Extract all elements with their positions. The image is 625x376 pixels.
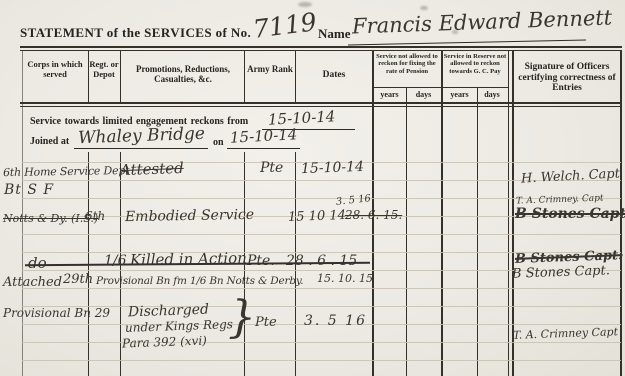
officer-signature-struck: B Stones Capt xyxy=(515,207,625,221)
col-header-rank: Army Rank xyxy=(246,64,294,74)
scan-noise xyxy=(420,6,428,10)
entry-corps: 6th Home Service Dept xyxy=(3,165,130,178)
col-line-regt-prom-h xyxy=(120,50,121,102)
brace-glyph: } xyxy=(228,296,256,340)
officer-signature: H. Welch. Capt xyxy=(521,167,620,185)
col-header-dates: Dates xyxy=(297,70,371,81)
col-header-promotions: Promotions, Reductions, Casualties, &c. xyxy=(124,64,242,84)
entry-date-from: 15 10 14 xyxy=(288,209,346,224)
header-bottom-rule-2 xyxy=(20,106,622,107)
entry-corps: Notts & Dy. (I.S.) xyxy=(3,213,98,224)
entry-corps: Provisional Bn 29 xyxy=(3,307,110,319)
pension-subrule xyxy=(373,87,441,88)
ruled-line xyxy=(22,234,621,235)
engagement-date: 15-10-14 xyxy=(268,109,336,128)
col-line-prom-rank-h xyxy=(244,50,245,102)
entry-rank: Pte xyxy=(260,161,283,175)
scan-noise xyxy=(298,2,312,7)
entry-corps: Attached xyxy=(3,276,62,289)
ruled-line xyxy=(22,342,621,343)
officer-signature: T. A. Crimney Capt xyxy=(513,326,618,341)
col-header-signature: Signature of Officers certifying correct… xyxy=(515,62,619,94)
page-title: STATEMENT of the SERVICES of No. xyxy=(20,26,251,41)
joined-on-date: 15-10-14 xyxy=(230,127,298,146)
joined-place-underline xyxy=(74,148,208,149)
service-number: 7119 xyxy=(252,9,318,42)
name-underline xyxy=(348,40,586,46)
entry-rank: Pte. xyxy=(247,254,275,268)
entry-regt: 1/6 xyxy=(104,254,127,268)
col-header-regt: Regt. or Depot xyxy=(89,60,119,79)
entry-rank: Pte xyxy=(255,316,277,329)
table-top-rule xyxy=(20,46,622,48)
entry-promotion: Attested xyxy=(120,161,184,178)
joined-on-label: on xyxy=(213,137,224,148)
officer-signature: T. A. Crimney. Capt xyxy=(516,194,604,206)
col-line-rank-dates-h xyxy=(295,50,296,102)
ruled-line xyxy=(22,360,621,361)
entry-date: 3. 5 16 xyxy=(304,314,367,328)
header-bottom-rule xyxy=(20,102,622,104)
joined-at-place: Whaley Bridge xyxy=(78,126,205,147)
col-line-signature-inner xyxy=(512,50,514,376)
joined-at-label: Joined at xyxy=(30,136,69,147)
officer-signature: B Stones Capt. xyxy=(512,264,610,280)
entry-date: 15-10-14 xyxy=(301,160,364,176)
col-header-pension-years: years xyxy=(373,91,406,100)
col-line-reserve-signature xyxy=(508,50,509,376)
col-header-reserve-years: years xyxy=(443,91,476,100)
col-header-reserve-days: days xyxy=(477,91,507,100)
name-value: Francis Edward Bennett xyxy=(352,7,613,37)
col-header-pension: Service not allowed to reckon for fixing… xyxy=(374,53,440,75)
col-header-corps: Corps in which served xyxy=(24,60,86,79)
entry-promotion-line1: Discharged xyxy=(128,303,209,320)
ruled-line xyxy=(22,306,621,307)
entry-promotion: Killed in Action xyxy=(130,251,247,268)
table-top-rule-2 xyxy=(20,50,622,51)
entry-promotion-line3: Para 392 (xvi) xyxy=(122,335,207,350)
col-header-pension-days: days xyxy=(407,91,440,100)
col-line-reserve-years-days xyxy=(477,88,478,376)
col-line-pension-years-days xyxy=(406,88,407,376)
ruled-line xyxy=(22,288,621,289)
service-record-scan: STATEMENT of the SERVICES of No. 7119 Na… xyxy=(0,0,625,376)
joined-date-underline xyxy=(227,148,300,149)
entry-date-to-struck: 28. 6. 15. xyxy=(345,209,402,221)
entry-promotion: Embodied Service xyxy=(125,208,254,224)
entry-date: 15. 10. 15 xyxy=(317,273,373,284)
reserve-subrule xyxy=(443,87,508,88)
col-header-reserve: Service in Reserve not allowed to reckon… xyxy=(443,53,507,75)
date-correction: 3. 5 16 xyxy=(336,194,372,208)
name-label: Name xyxy=(318,27,351,42)
entry-promotion: Provisional Bn fm 1/6 Bn Notts & Derby. xyxy=(96,276,303,287)
entry-regt: 29th xyxy=(63,273,93,286)
entry-corps: Bt S F xyxy=(4,183,54,197)
entry-promotion-line2: under Kings Regs xyxy=(125,318,233,334)
entry-regt: 6th xyxy=(85,210,105,222)
